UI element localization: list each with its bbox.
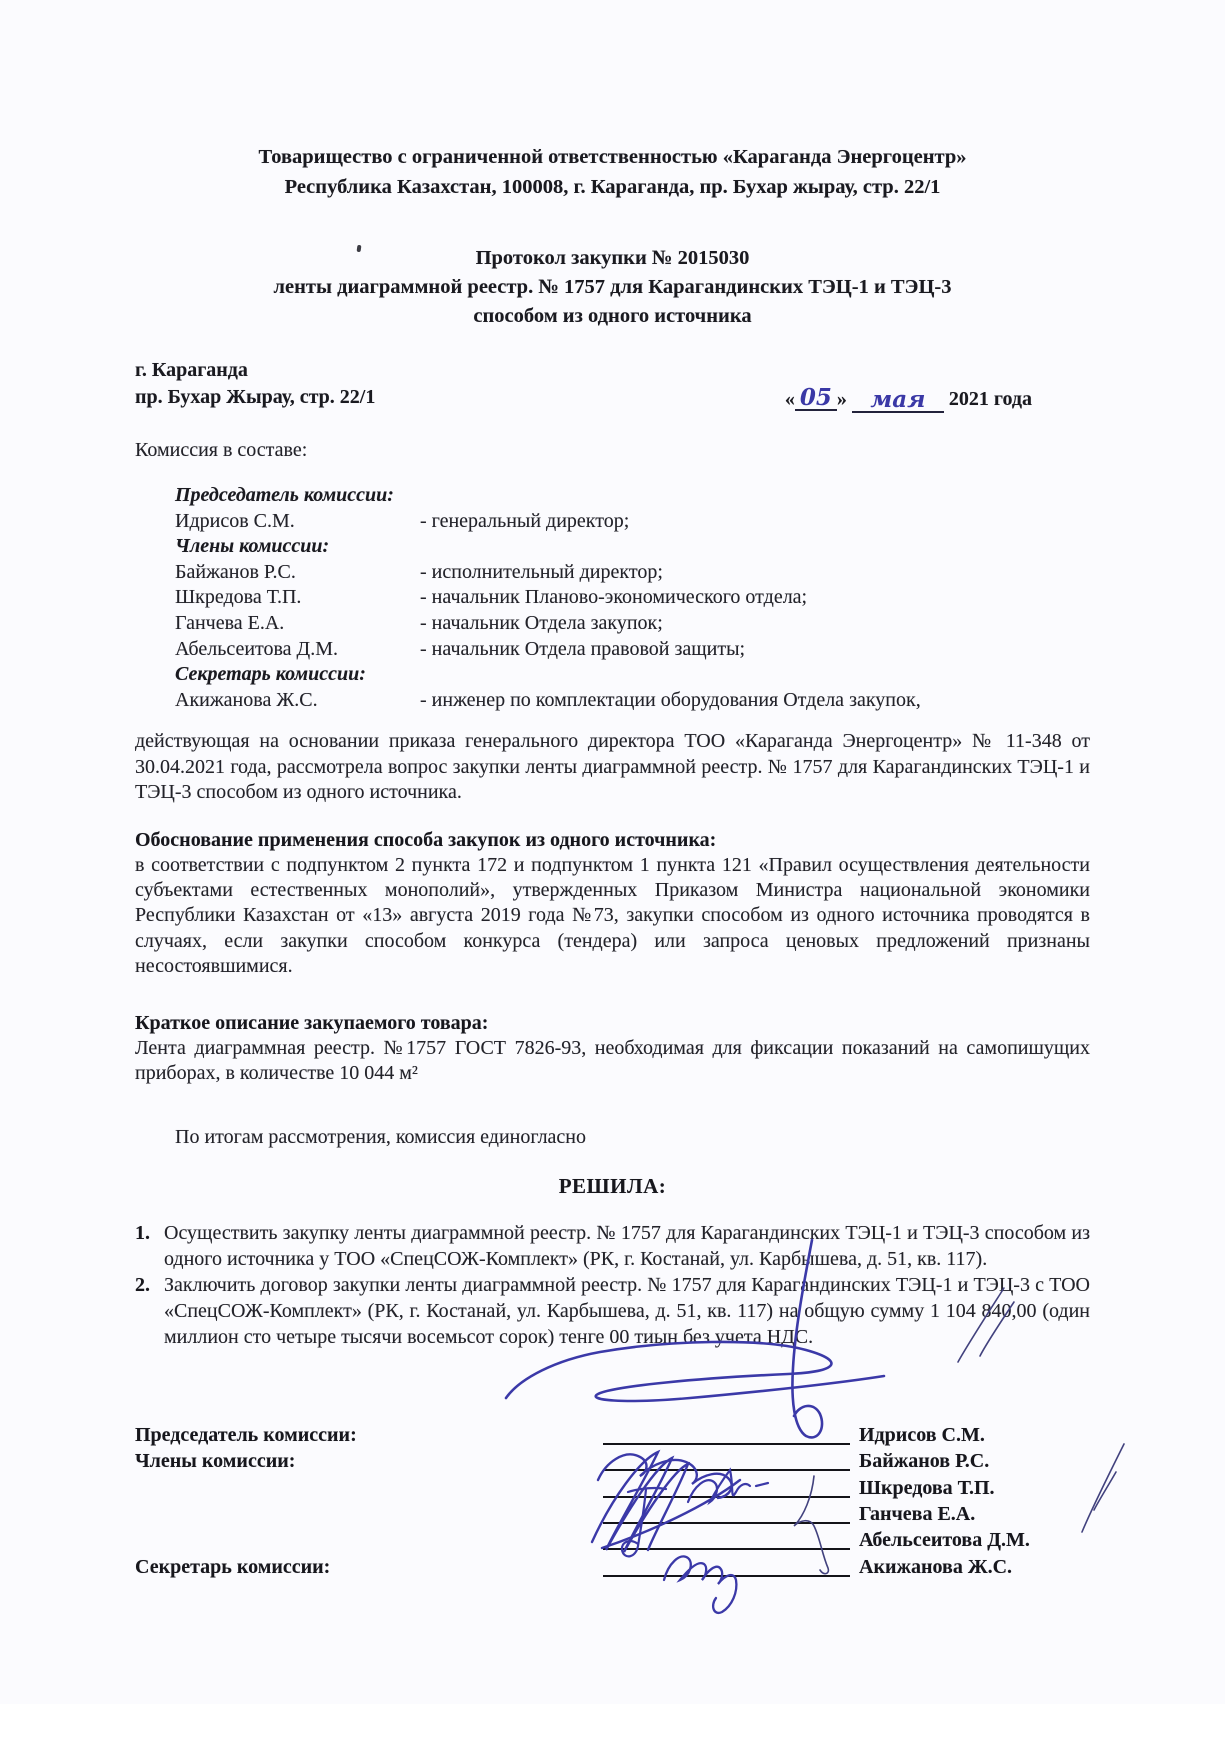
- decision-number: 1.: [135, 1221, 164, 1273]
- decision-item: 2. Заключить договор закупки ленты диагр…: [135, 1273, 1090, 1350]
- commission-role-secretary: Секретарь комиссии:: [175, 662, 1090, 688]
- scanned-protocol-document: Товарищество с ограниченной ответственно…: [0, 0, 1225, 1738]
- signatory-name: Абельсеитова Д.М.: [850, 1529, 1030, 1552]
- commission-member: Акижанова Ж.С.- инженер по комплектации …: [175, 688, 1090, 714]
- title-line-3: способом из одного источника: [135, 302, 1090, 331]
- member-name: Байжанов Р.С.: [175, 560, 420, 586]
- org-header: Товарищество с ограниченной ответственно…: [135, 142, 1090, 202]
- signature-row: Председатель комиссии: Идрисов С.М.: [135, 1420, 1090, 1446]
- member-position: - исполнительный директор;: [420, 560, 1090, 586]
- commission-role-chair: Председатель комиссии:: [175, 483, 1090, 509]
- scan-edge-band: [0, 1704, 1225, 1738]
- signature-row: Члены комиссии: Байжанов Р.С.: [135, 1447, 1090, 1473]
- decision-item: 1. Осуществить закупку ленты диаграммной…: [135, 1221, 1090, 1273]
- org-address: Республика Казахстан, 100008, г. Караган…: [135, 172, 1090, 202]
- date-line: «05» мая 2021 года: [785, 388, 1032, 411]
- role-label: Секретарь комиссии:: [175, 662, 366, 688]
- decision-list: 1. Осуществить закупку ленты диаграммной…: [135, 1221, 1090, 1350]
- member-name: Идрисов С.М.: [175, 509, 420, 535]
- member-position: - генеральный директор;: [420, 509, 1090, 535]
- description-paragraph: Лента диаграммная реестр. №1757 ГОСТ 782…: [135, 1036, 1090, 1087]
- decision-heading: РЕШИЛА:: [135, 1174, 1090, 1199]
- signatory-name: Байжанов Р.С.: [850, 1450, 989, 1473]
- title-line-2: ленты диаграммной реестр. № 1757 для Кар…: [135, 273, 1090, 302]
- signature-row: Секретарь комиссии: Акижанова Ж.С.: [135, 1552, 1090, 1578]
- org-name: Товарищество с ограниченной ответственно…: [135, 142, 1090, 172]
- description-heading: Краткое описание закупаемого товара:: [135, 1010, 1090, 1036]
- member-position: - начальник Отдела правовой защиты;: [420, 637, 1090, 663]
- title-line-1: Протокол закупки № 2015030: [135, 244, 1090, 273]
- justification-heading: Обоснование применения способа закупок и…: [135, 827, 1090, 853]
- signatory-name: Ганчева Е.А.: [850, 1503, 975, 1526]
- member-name: Абельсеитова Д.М.: [175, 637, 420, 663]
- signature-line: [603, 1500, 850, 1524]
- commission-member: Шкредова Т.П.- начальник Планово-экономи…: [175, 585, 1090, 611]
- signature-label: Секретарь комиссии:: [135, 1556, 603, 1579]
- member-position: - начальник Планово-экономического отдел…: [420, 585, 1090, 611]
- document-title: Протокол закупки № 2015030 ленты диаграм…: [135, 244, 1090, 331]
- city: г. Караганда: [135, 357, 1090, 384]
- year-suffix: 2021 года: [949, 388, 1032, 410]
- signatory-name: Акижанова Ж.С.: [850, 1556, 1012, 1579]
- signature-block: Председатель комиссии: Идрисов С.М. Член…: [135, 1420, 1090, 1578]
- role-label: Члены комиссии:: [175, 534, 329, 560]
- commission-member: Идрисов С.М.- генеральный директор;: [175, 509, 1090, 535]
- justification-paragraph: в соответствии с подпунктом 2 пункта 172…: [135, 853, 1090, 980]
- member-position: - начальник Отдела закупок;: [420, 611, 1090, 637]
- signature-label: Председатель комиссии:: [135, 1424, 603, 1447]
- open-quote: «: [785, 388, 795, 410]
- member-name: Акижанова Ж.С.: [175, 688, 420, 714]
- signature-line: [603, 1421, 850, 1445]
- signature-row: Абельсеитова Д.М.: [135, 1526, 1090, 1552]
- decision-text: Заключить договор закупки ленты диаграмм…: [164, 1273, 1090, 1350]
- signature-line: [603, 1526, 850, 1550]
- basis-paragraph: действующая на основании приказа генерал…: [135, 729, 1090, 805]
- member-name: Ганчева Е.А.: [175, 611, 420, 637]
- signature-row: Ганчева Е.А.: [135, 1500, 1090, 1526]
- signatory-name: Идрисов С.М.: [850, 1424, 985, 1447]
- commission-list: Председатель комиссии: Идрисов С.М.- ген…: [135, 483, 1090, 713]
- role-label: Председатель комиссии:: [175, 483, 394, 509]
- signature-line: [603, 1474, 850, 1498]
- signature-row: Шкредова Т.П.: [135, 1473, 1090, 1499]
- commission-member: Абельсеитова Д.М.- начальник Отдела прав…: [175, 637, 1090, 663]
- commission-member: Ганчева Е.А.- начальник Отдела закупок;: [175, 611, 1090, 637]
- signature-label: Члены комиссии:: [135, 1450, 603, 1473]
- member-name: Шкредова Т.П.: [175, 585, 420, 611]
- close-quote: »: [837, 388, 847, 410]
- commission-intro: Комиссия в составе:: [135, 437, 1090, 463]
- signatory-name: Шкредова Т.П.: [850, 1477, 995, 1500]
- signature-line: [603, 1553, 850, 1577]
- result-intro: По итогам рассмотрения, комиссия единогл…: [135, 1124, 1090, 1150]
- decision-number: 2.: [135, 1273, 164, 1350]
- decision-text: Осуществить закупку ленты диаграммной ре…: [164, 1221, 1090, 1273]
- handwritten-month: мая: [870, 386, 925, 413]
- signature-line: [603, 1447, 850, 1471]
- place-date-row: г. Караганда пр. Бухар Жырау, стр. 22/1 …: [135, 357, 1090, 413]
- member-position: - инженер по комплектации оборудования О…: [420, 688, 1090, 714]
- commission-role-members: Члены комиссии:: [175, 534, 1090, 560]
- handwritten-day: 05: [800, 384, 832, 411]
- commission-member: Байжанов Р.С.- исполнительный директор;: [175, 560, 1090, 586]
